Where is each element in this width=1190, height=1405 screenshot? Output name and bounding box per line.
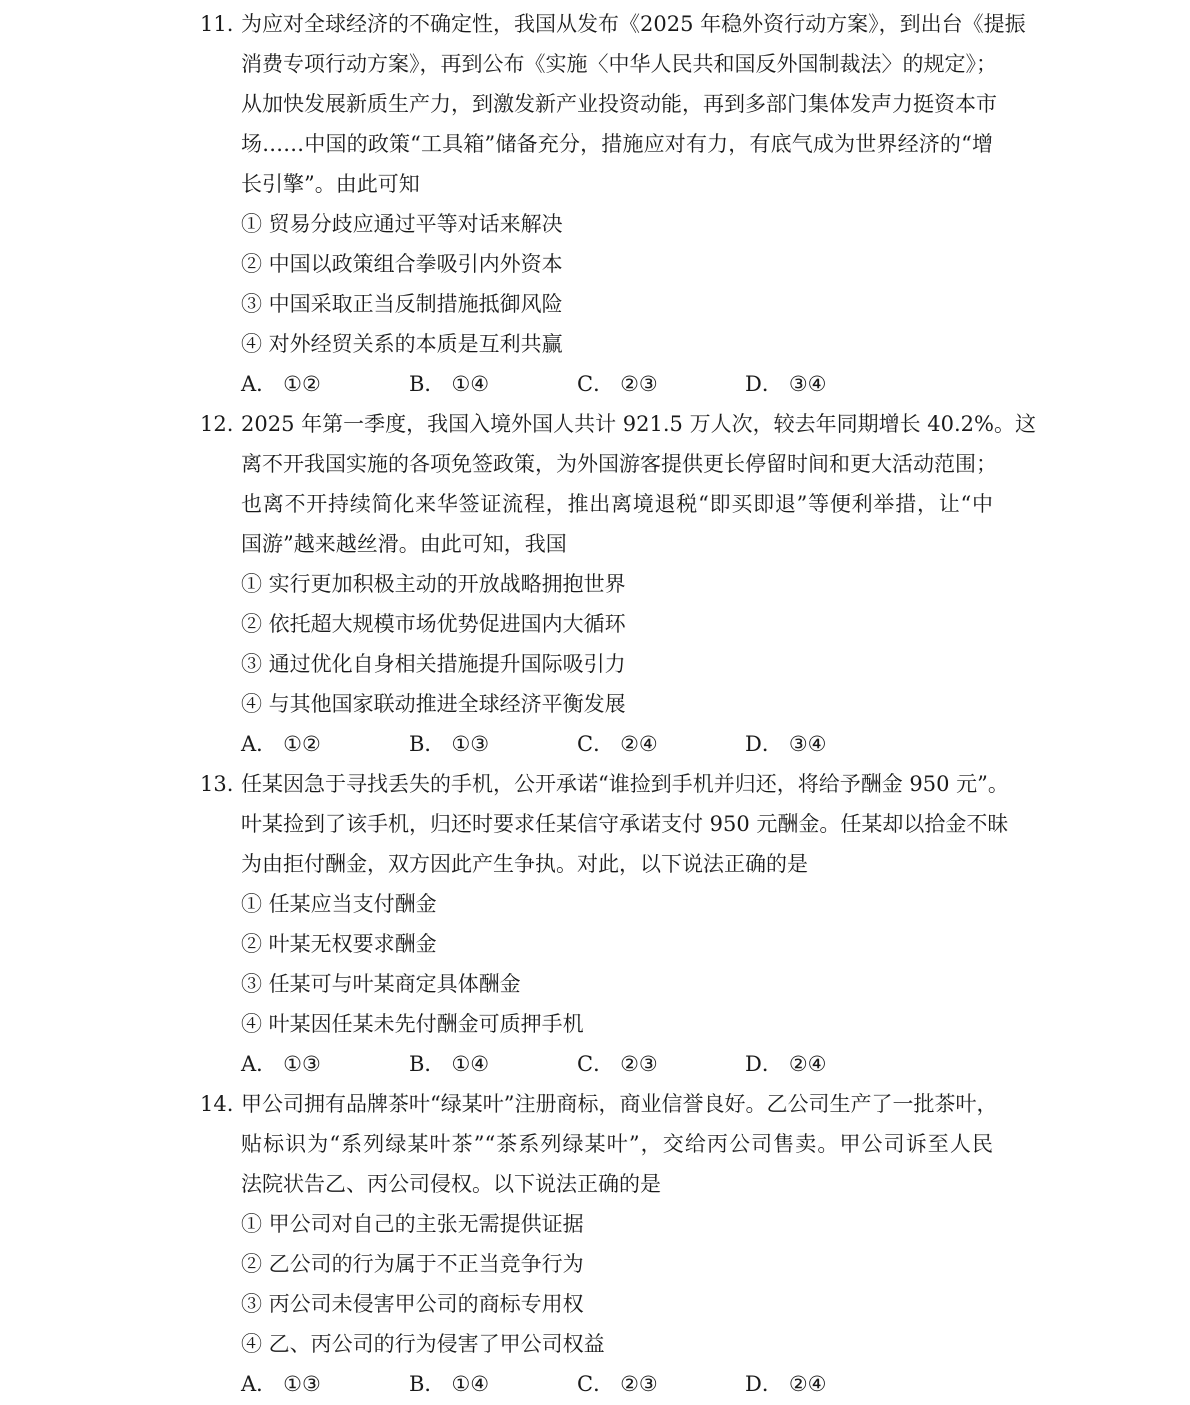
question-11: 11.为应对全球经济的不确定性，我国从发布《2025 年稳外资行动方案》，到出台… <box>0 4 1190 404</box>
statement-4: ④ 与其他国家联动推进全球经济平衡发展 <box>241 684 626 724</box>
question-stem-line: 叶某捡到了该手机，归还时要求任某信守承诺支付 950 元酬金。任某却以拾金不昧 <box>241 804 993 844</box>
statement-1: ① 贸易分歧应通过平等对话来解决 <box>241 204 563 244</box>
question-stem-line: 法院状告乙、丙公司侵权。以下说法正确的是 <box>241 1164 993 1204</box>
statement-3: ③ 丙公司未侵害甲公司的商标专用权 <box>241 1284 584 1324</box>
question-stem-line: 甲公司拥有品牌茶叶“绿某叶”注册商标，商业信誉良好。乙公司生产了一批茶叶， <box>241 1084 993 1124</box>
answer-choices: A．①③ B．①④ C．②③ D．②④ <box>0 1364 1190 1404</box>
question-stem-line: 贴标识为“系列绿某叶茶”“茶系列绿某叶”，交给丙公司售卖。甲公司诉至人民 <box>241 1124 993 1164</box>
choice-c[interactable]: C．②③ <box>577 1044 658 1084</box>
question-number: 14. <box>200 1084 233 1124</box>
question-stem-line: 离不开我国实施的各项免签政策，为外国游客提供更长停留时间和更大活动范围； <box>241 444 993 484</box>
question-stem-line: 消费专项行动方案》，再到公布《实施〈中华人民共和国反外国制裁法〉的规定》； <box>241 44 993 84</box>
answer-choices: A．①③ B．①④ C．②③ D．②④ <box>0 1044 1190 1084</box>
choice-c[interactable]: C．②④ <box>577 724 658 764</box>
answer-choices: A．①② B．①③ C．②④ D．③④ <box>0 724 1190 764</box>
question-stem-line: 从加快发展新质生产力，到激发新产业投资动能，再到多部门集体发声力挺资本市 <box>241 84 993 124</box>
question-13: 13.任某因急于寻找丢失的手机，公开承诺“谁捡到手机并归还，将给予酬金 950 … <box>0 764 1190 1084</box>
choice-a[interactable]: A．①③ <box>241 1044 321 1084</box>
question-stem-line: 任某因急于寻找丢失的手机，公开承诺“谁捡到手机并归还，将给予酬金 950 元”。 <box>241 764 993 804</box>
statement-4: ④ 叶某因任某未先付酬金可质押手机 <box>241 1004 584 1044</box>
question-14: 14.甲公司拥有品牌茶叶“绿某叶”注册商标，商业信誉良好。乙公司生产了一批茶叶，… <box>0 1084 1190 1404</box>
statement-2: ② 叶某无权要求酬金 <box>241 924 437 964</box>
question-stem-line: 为应对全球经济的不确定性，我国从发布《2025 年稳外资行动方案》，到出台《提振 <box>241 4 993 44</box>
statement-3: ③ 中国采取正当反制措施抵御风险 <box>241 284 563 324</box>
statement-1: ① 任某应当支付酬金 <box>241 884 437 924</box>
question-stem-line: 国游”越来越丝滑。由此可知，我国 <box>241 524 993 564</box>
question-stem-line: 也离不开持续简化来华签证流程，推出离境退税“即买即退”等便利举措，让“中 <box>241 484 993 524</box>
statement-4: ④ 对外经贸关系的本质是互利共赢 <box>241 324 563 364</box>
choice-d[interactable]: D．③④ <box>745 364 827 404</box>
choice-a[interactable]: A．①② <box>241 364 321 404</box>
statement-3: ③ 通过优化自身相关措施提升国际吸引力 <box>241 644 626 684</box>
question-stem-line: 2025 年第一季度，我国入境外国人共计 921.5 万人次，较去年同期增长 4… <box>241 404 993 444</box>
choice-a[interactable]: A．①③ <box>241 1364 321 1404</box>
answer-choices: A．①② B．①④ C．②③ D．③④ <box>0 364 1190 404</box>
statement-2: ② 乙公司的行为属于不正当竞争行为 <box>241 1244 584 1284</box>
statement-3: ③ 任某可与叶某商定具体酬金 <box>241 964 521 1004</box>
statement-1: ① 甲公司对自己的主张无需提供证据 <box>241 1204 584 1244</box>
statement-2: ② 中国以政策组合拳吸引内外资本 <box>241 244 563 284</box>
statement-1: ① 实行更加积极主动的开放战略拥抱世界 <box>241 564 626 604</box>
choice-b[interactable]: B．①④ <box>409 1364 489 1404</box>
choice-d[interactable]: D．②④ <box>745 1044 827 1084</box>
choice-b[interactable]: B．①④ <box>409 1044 489 1084</box>
choice-c[interactable]: C．②③ <box>577 1364 658 1404</box>
question-stem-line: 为由拒付酬金，双方因此产生争执。对此，以下说法正确的是 <box>241 844 993 884</box>
question-number: 13. <box>200 764 233 804</box>
choice-c[interactable]: C．②③ <box>577 364 658 404</box>
choice-d[interactable]: D．③④ <box>745 724 827 764</box>
question-stem-line: 长引擎”。由此可知 <box>241 164 993 204</box>
question-stem-line: 场……中国的政策“工具箱”储备充分，措施应对有力，有底气成为世界经济的“增 <box>241 124 993 164</box>
question-number: 11. <box>200 4 233 44</box>
choice-b[interactable]: B．①③ <box>409 724 489 764</box>
question-12: 12.2025 年第一季度，我国入境外国人共计 921.5 万人次，较去年同期增… <box>0 404 1190 764</box>
choice-b[interactable]: B．①④ <box>409 364 489 404</box>
statement-4: ④ 乙、丙公司的行为侵害了甲公司权益 <box>241 1324 605 1364</box>
choice-a[interactable]: A．①② <box>241 724 321 764</box>
choice-d[interactable]: D．②④ <box>745 1364 827 1404</box>
exam-page: 11.为应对全球经济的不确定性，我国从发布《2025 年稳外资行动方案》，到出台… <box>0 4 1190 1404</box>
question-number: 12. <box>200 404 233 444</box>
statement-2: ② 依托超大规模市场优势促进国内大循环 <box>241 604 626 644</box>
